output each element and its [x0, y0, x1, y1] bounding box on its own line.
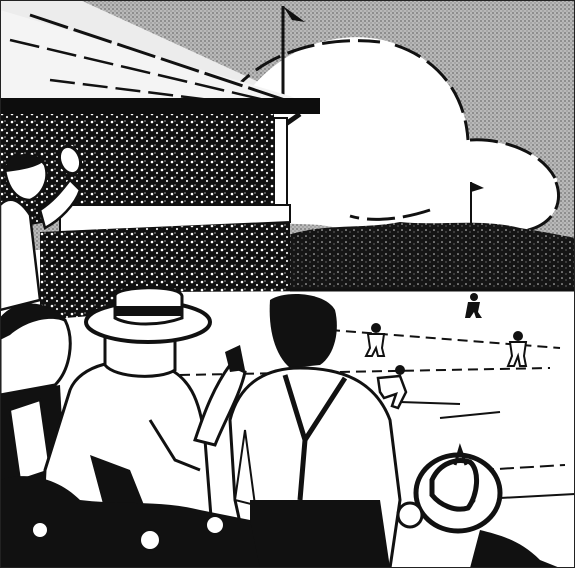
tree-line: [280, 222, 575, 290]
baseball-game-illustration: [0, 0, 575, 568]
